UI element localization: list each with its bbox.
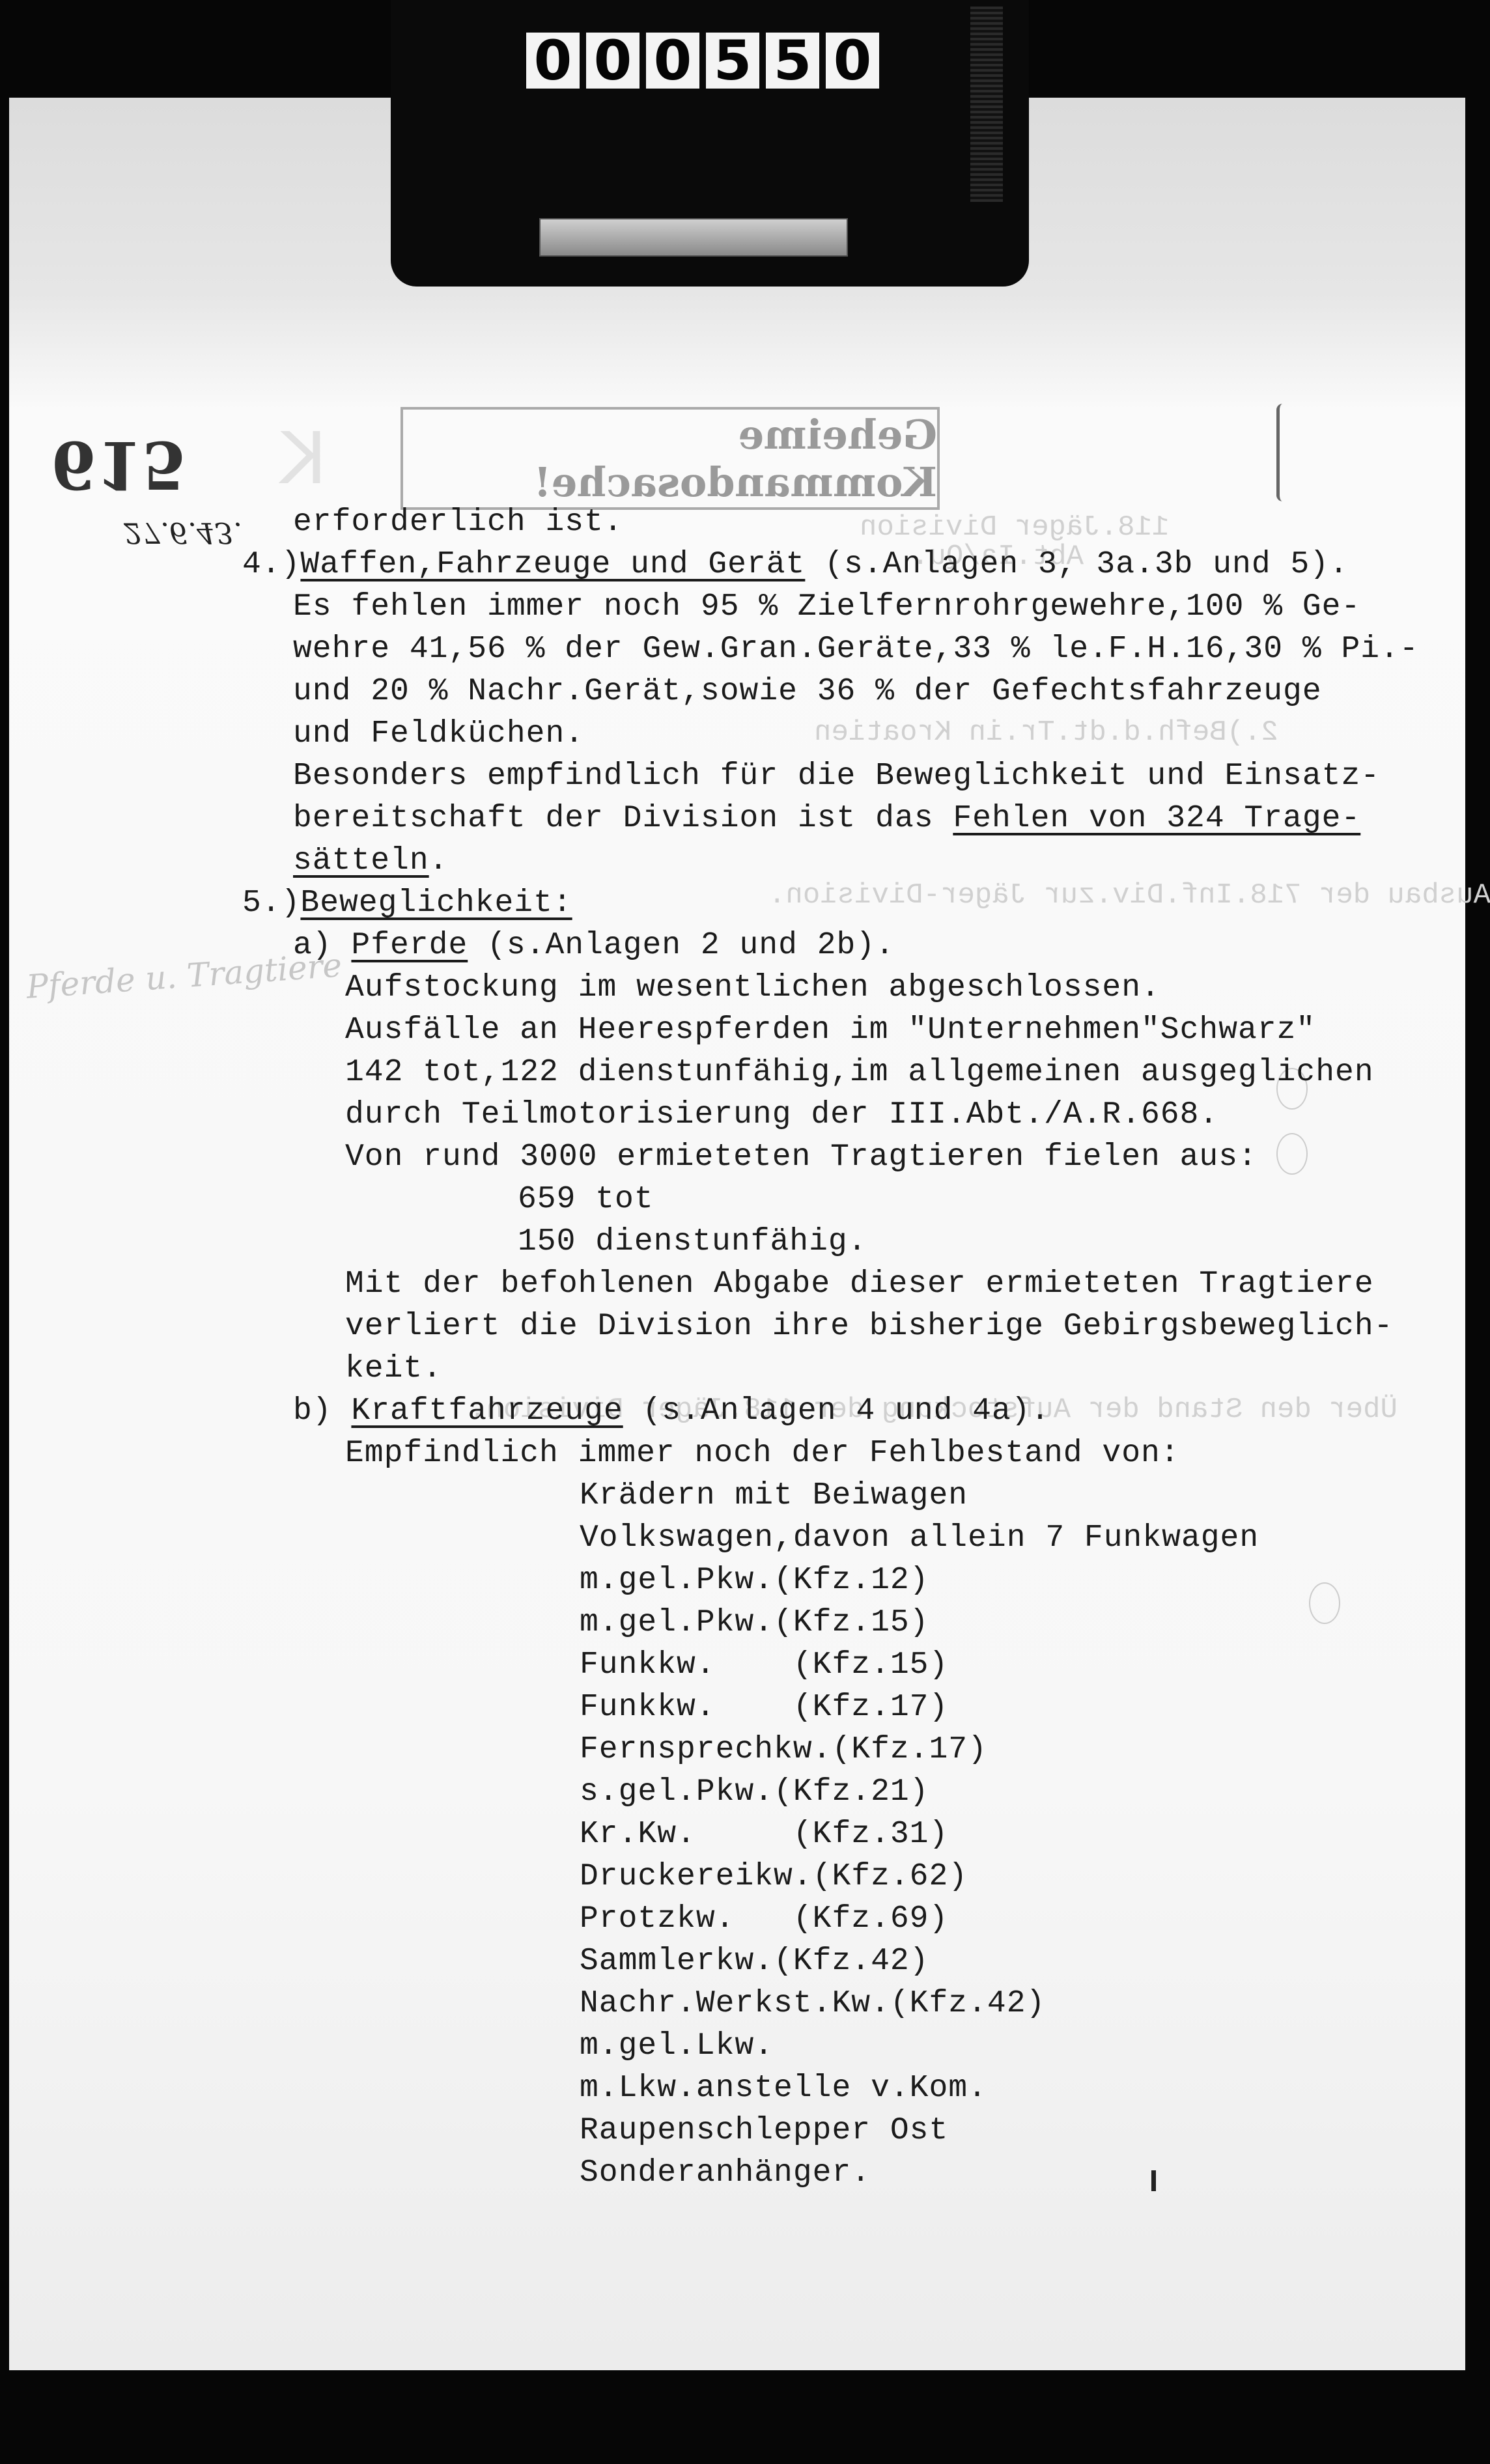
text-line: und Feldküchen. <box>293 716 584 751</box>
subsection-b-heading: b) Kraftfahrzeuge (s.Anlagen 4 und 4a). <box>293 1393 1050 1429</box>
text-line: 142 tot,122 dienstunfähig,im allgemeinen… <box>345 1055 1374 1090</box>
vehicle-type: Raupenschlepper Ost <box>580 2113 948 2148</box>
text-line: Aufstockung im wesentlichen abgeschlosse… <box>345 970 1160 1005</box>
text-line: Mit der befohlenen Abgabe dieser ermiete… <box>345 1267 1374 1302</box>
subsection-a-heading: a) Pferde (s.Anlagen 2 und 2b). <box>293 928 895 963</box>
vehicle-type: Druckereikw.(Kfz.62) <box>580 1859 968 1894</box>
text-line: Besonders empfindlich für die Beweglichk… <box>293 759 1380 794</box>
text-line: erforderlich ist. <box>293 505 623 540</box>
subsection-ref: (s.Anlagen 2 und 2b). <box>468 928 895 963</box>
text-line: sätteln. <box>293 843 448 878</box>
section-number: 4.) <box>242 547 300 582</box>
section-title: Beweglichkeit: <box>300 886 572 921</box>
vehicle-type: Volkswagen,davon allein 7 Funkwagen <box>580 1520 1259 1556</box>
text-fragment: . <box>429 843 449 878</box>
vehicle-type: Kr.Kw. (Kfz.31) <box>580 1817 948 1852</box>
section-title: Waffen,Fahrzeuge und Gerät <box>300 547 805 582</box>
subsection-title: Kraftfahrzeuge <box>351 1393 623 1429</box>
text-fragment: bereitschaft der Division ist das <box>293 801 953 836</box>
vehicle-type: Funkkw. (Kfz.15) <box>580 1647 948 1683</box>
text-line: Es fehlen immer noch 95 % Zielfernrohrge… <box>293 589 1360 624</box>
subsection-ref: (s.Anlagen 4 und 4a). <box>623 1393 1050 1429</box>
text-line: und 20 % Nachr.Gerät,sowie 36 % der Gefe… <box>293 674 1322 709</box>
text-line: Ausfälle an Heerespferden im "Unternehme… <box>345 1013 1315 1048</box>
subsection-label: a) <box>293 928 351 963</box>
text-line: durch Teilmotorisierung der III.Abt./A.R… <box>345 1097 1218 1132</box>
vehicle-type: Sammlerkw.(Kfz.42) <box>580 1944 929 1979</box>
vehicle-type: Sonderanhänger. <box>580 2155 871 2191</box>
vehicle-type: m.gel.Lkw. <box>580 2028 774 2064</box>
subsection-title: Pferde <box>351 928 468 963</box>
text-line: bereitschaft der Division ist das Fehlen… <box>293 801 1360 836</box>
text-line: wehre 41,56 % der Gew.Gran.Geräte,33 % l… <box>293 632 1419 667</box>
text-line: keit. <box>345 1351 442 1386</box>
section-4-heading: 4.)Waffen,Fahrzeuge und Gerät (s.Anlagen… <box>242 547 1349 582</box>
text-line: Empfindlich immer noch der Fehlbestand v… <box>345 1436 1180 1471</box>
vehicle-type: Nachr.Werkst.Kw.(Kfz.42) <box>580 1986 1045 2021</box>
emphasis-fragment: sätteln <box>293 843 429 878</box>
text-line: Von rund 3000 ermieteten Tragtieren fiel… <box>345 1140 1258 1175</box>
vehicle-type: m.gel.Pkw.(Kfz.12) <box>580 1563 929 1598</box>
text-line: verliert die Division ihre bisherige Geb… <box>345 1309 1393 1344</box>
vehicle-type: Fernsprechkw.(Kfz.17) <box>580 1732 987 1767</box>
vehicle-type: Funkkw. (Kfz.17) <box>580 1690 948 1725</box>
typed-body: erforderlich ist. 4.)Waffen,Fahrzeuge un… <box>0 0 1490 2464</box>
vehicle-type: Krädern mit Beiwagen <box>580 1478 968 1513</box>
vehicle-type: m.Lkw.anstelle v.Kom. <box>580 2071 987 2106</box>
vehicle-type: Protzkw. (Kfz.69) <box>580 1901 948 1937</box>
section-5-heading: 5.)Beweglichkeit: <box>242 886 572 921</box>
text-line: 659 tot <box>518 1182 654 1217</box>
subsection-label: b) <box>293 1393 351 1429</box>
emphasis-fragment: Fehlen von 324 Trage- <box>953 801 1360 836</box>
text-line: 150 dienstunfähig. <box>518 1224 867 1259</box>
margin-tick-mark <box>1151 2170 1156 2191</box>
section-ref: (s.Anlagen 3, 3a.3b und 5). <box>805 547 1349 582</box>
section-number: 5.) <box>242 886 300 921</box>
vehicle-type: s.gel.Pkw.(Kfz.21) <box>580 1774 929 1810</box>
vehicle-type: m.gel.Pkw.(Kfz.15) <box>580 1605 929 1640</box>
